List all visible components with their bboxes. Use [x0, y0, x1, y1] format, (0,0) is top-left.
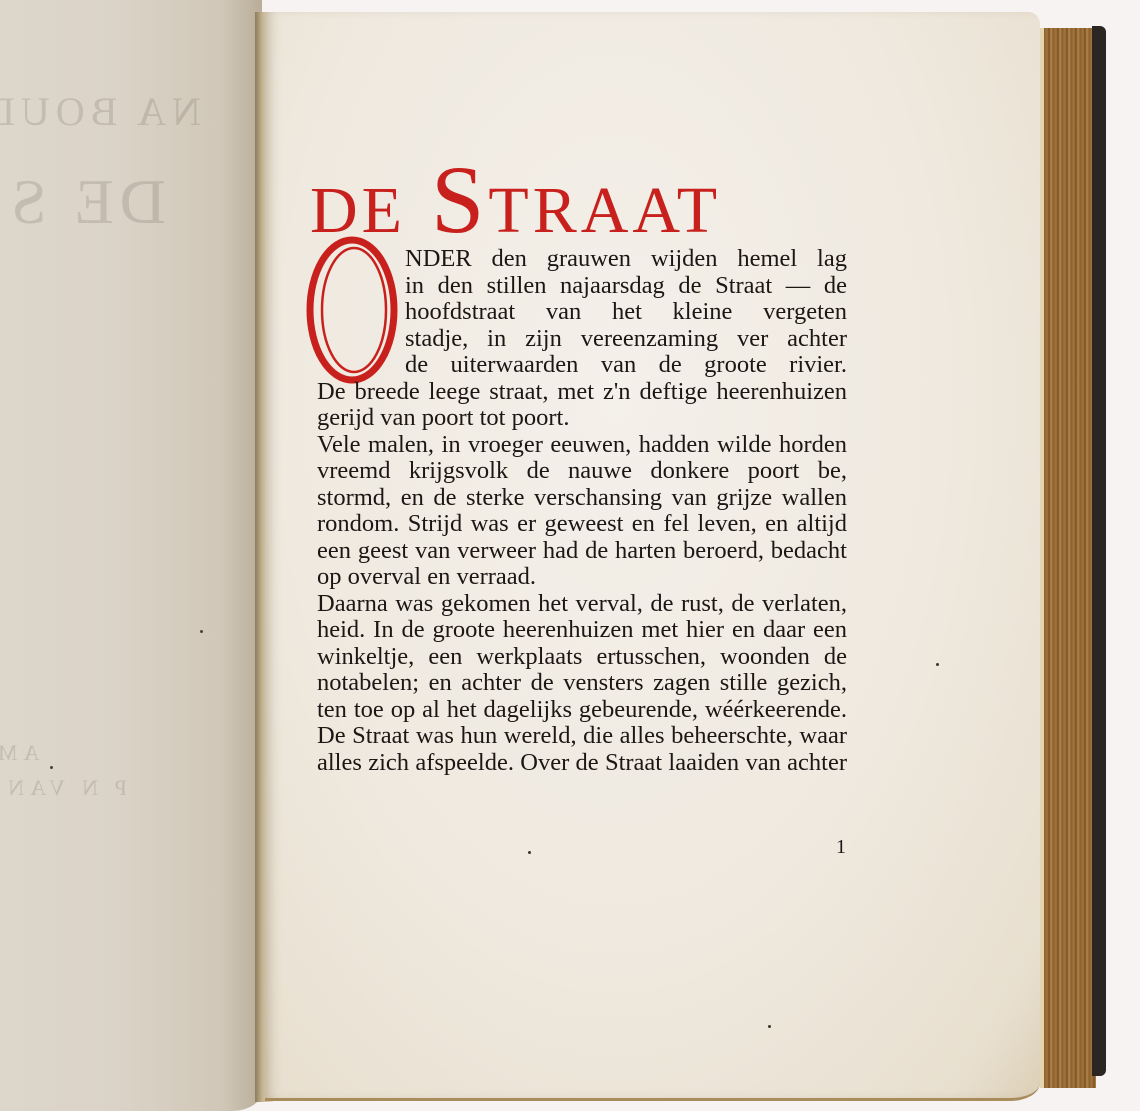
text-line: alles zich afspeelde. Over de Straat laa… [317, 750, 847, 777]
text-line: Daarna was gekomen het verval, de rust, … [317, 591, 847, 618]
text-line: ten toe op al het dagelijks gebeurende, … [317, 697, 847, 724]
show-through-text: NA BOUD [0, 88, 201, 135]
show-through-text: AMA [0, 740, 39, 766]
book-cover-edge [1092, 26, 1106, 1076]
show-through-text: DE S [5, 165, 166, 239]
title-initial: S [431, 146, 488, 253]
show-through-text: P N VAN R [0, 775, 127, 801]
paper-speck [936, 663, 939, 666]
chapter-title: DE STRAAT [310, 152, 900, 248]
text-line: vreemd krijgsvolk de nauwe donkere poort… [317, 458, 847, 485]
page-edges [1040, 28, 1096, 1088]
text-line: gerijd van poort tot poort. [317, 405, 847, 432]
left-page: NA BOUD DE S AMA P N VAN R [0, 0, 262, 1111]
text-line: winkeltje, een werkplaats ertusschen, wo… [317, 644, 847, 671]
body-text: NDER den grauwen wijden hemel lag in den… [317, 246, 847, 776]
text-line: notabelen; en achter de vensters zagen s… [317, 670, 847, 697]
text-line: rondom. Strijd was er geweest en fel lev… [317, 511, 847, 538]
page-number: 1 [836, 836, 846, 859]
text-line: De breede leege straat, met z'n deftige … [317, 379, 847, 406]
paper-speck [200, 630, 203, 633]
text-line: in den stillen najaarsdag de Straat — de [405, 273, 847, 300]
text-line: Vele malen, in vroeger eeuwen, hadden wi… [317, 432, 847, 459]
text-line: De Straat was hun wereld, die alles behe… [317, 723, 847, 750]
text-line: op overval en verraad. [317, 564, 847, 591]
paper-speck [528, 851, 531, 854]
paper-speck [50, 766, 53, 769]
text-line: stadje, in zijn vereenzaming ver achter [405, 326, 847, 353]
text-line: hoofdstraat van het kleine vergeten [405, 299, 847, 326]
text-line: een geest van verweer had de harten bero… [317, 538, 847, 565]
text-line: stormd, en de sterke verschansing van gr… [317, 485, 847, 512]
text-line: heid. In de groote heerenhuizen met hier… [317, 617, 847, 644]
text-line: de uiterwaarden van de groote rivier. [405, 352, 847, 379]
title-word-straat: TRAAT [488, 174, 721, 247]
text-line: NDER den grauwen wijden hemel lag [405, 246, 847, 273]
paper-speck [768, 1025, 771, 1028]
